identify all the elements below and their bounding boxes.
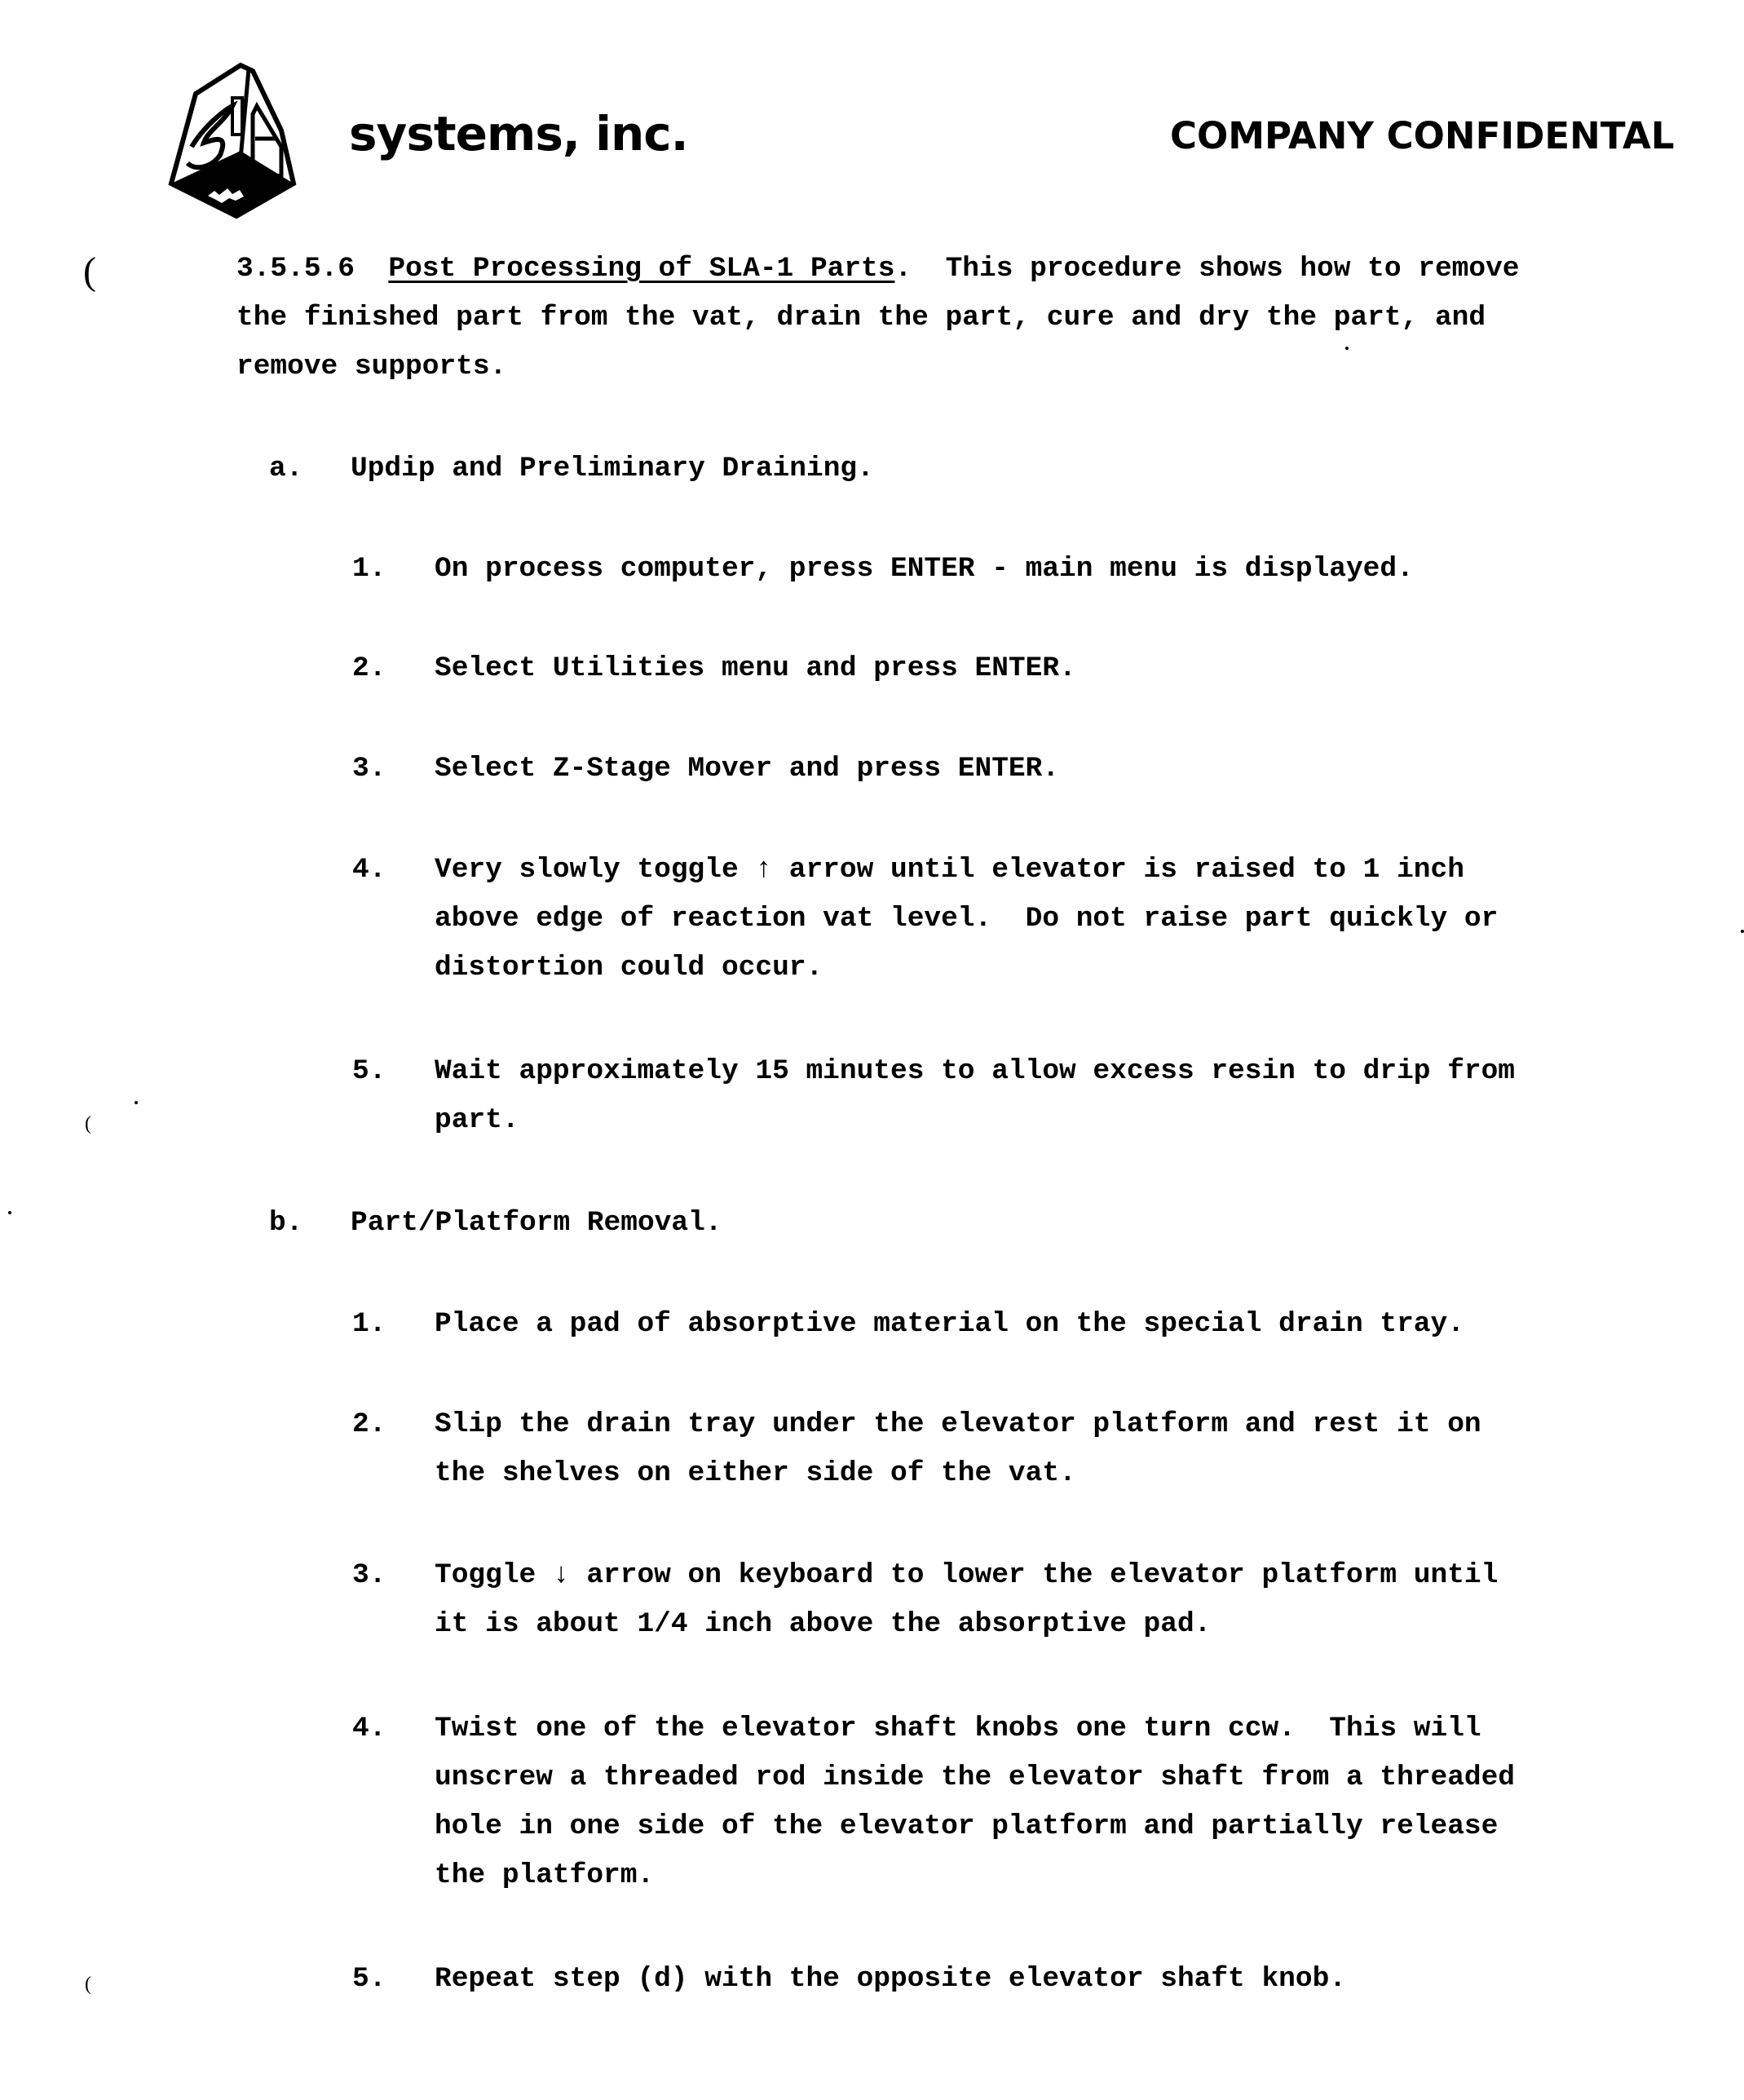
step-text: Place a pad of absorptive material on th… — [435, 1300, 1464, 1349]
step-number: 1. — [352, 545, 386, 594]
step-text: Toggle ↓ arrow on keyboard to lower the … — [435, 1551, 1498, 1649]
step-number: 5. — [352, 1955, 386, 2004]
step-number: 1. — [352, 1300, 386, 1349]
section-b-title: Part/Platform Removal. — [351, 1199, 722, 1248]
intro-line: . This procedure shows how to remove — [894, 253, 1519, 285]
step-number: 2. — [352, 644, 386, 693]
step-number: 5. — [352, 1047, 386, 1096]
section-b-letter: b. — [269, 1199, 302, 1248]
step-text: Slip the drain tray under the elevator p… — [435, 1400, 1481, 1498]
scan-speck — [1741, 930, 1744, 933]
company-name: systems, inc. — [349, 106, 688, 161]
intro-paragraph: 3.5.5.6 Post Processing of SLA-1 Parts. … — [236, 245, 1520, 391]
step-number: 3. — [352, 1551, 386, 1600]
section-a-title: Updip and Preliminary Draining. — [351, 444, 874, 493]
scan-speck — [135, 1101, 138, 1104]
intro-line: the finished part from the vat, drain th… — [236, 302, 1486, 334]
margin-mark: ( — [83, 249, 96, 294]
document-page: systems, inc. COMPANY CONFIDENTAL ( ( ( … — [0, 0, 1744, 2100]
step-number: 4. — [352, 1704, 386, 1753]
step-text: Repeat step (d) with the opposite elevat… — [435, 1955, 1346, 2004]
3d-systems-cube-logo-icon — [159, 61, 342, 224]
section-number: 3.5.5.6 — [236, 253, 355, 285]
step-number: 2. — [352, 1400, 386, 1449]
step-number: 4. — [352, 846, 386, 895]
step-text: Very slowly toggle ↑ arrow until elevato… — [435, 846, 1498, 993]
step-text: Wait approximately 15 minutes to allow e… — [435, 1047, 1515, 1145]
step-text: On process computer, press ENTER - main … — [435, 545, 1414, 594]
scan-speck — [8, 1211, 11, 1214]
margin-mark: ( — [85, 1113, 91, 1135]
margin-mark: ( — [85, 1974, 91, 1996]
step-text: Select Utilities menu and press ENTER. — [435, 644, 1076, 693]
section-a-letter: a. — [269, 444, 302, 493]
step-text: Twist one of the elevator shaft knobs on… — [435, 1704, 1515, 1900]
section-title: Post Processing of SLA-1 Parts — [388, 253, 894, 285]
intro-line: remove supports. — [236, 351, 506, 382]
step-text: Select Z-Stage Mover and press ENTER. — [435, 745, 1059, 794]
confidential-label: COMPANY CONFIDENTAL — [1170, 114, 1675, 157]
step-number: 3. — [352, 745, 386, 794]
